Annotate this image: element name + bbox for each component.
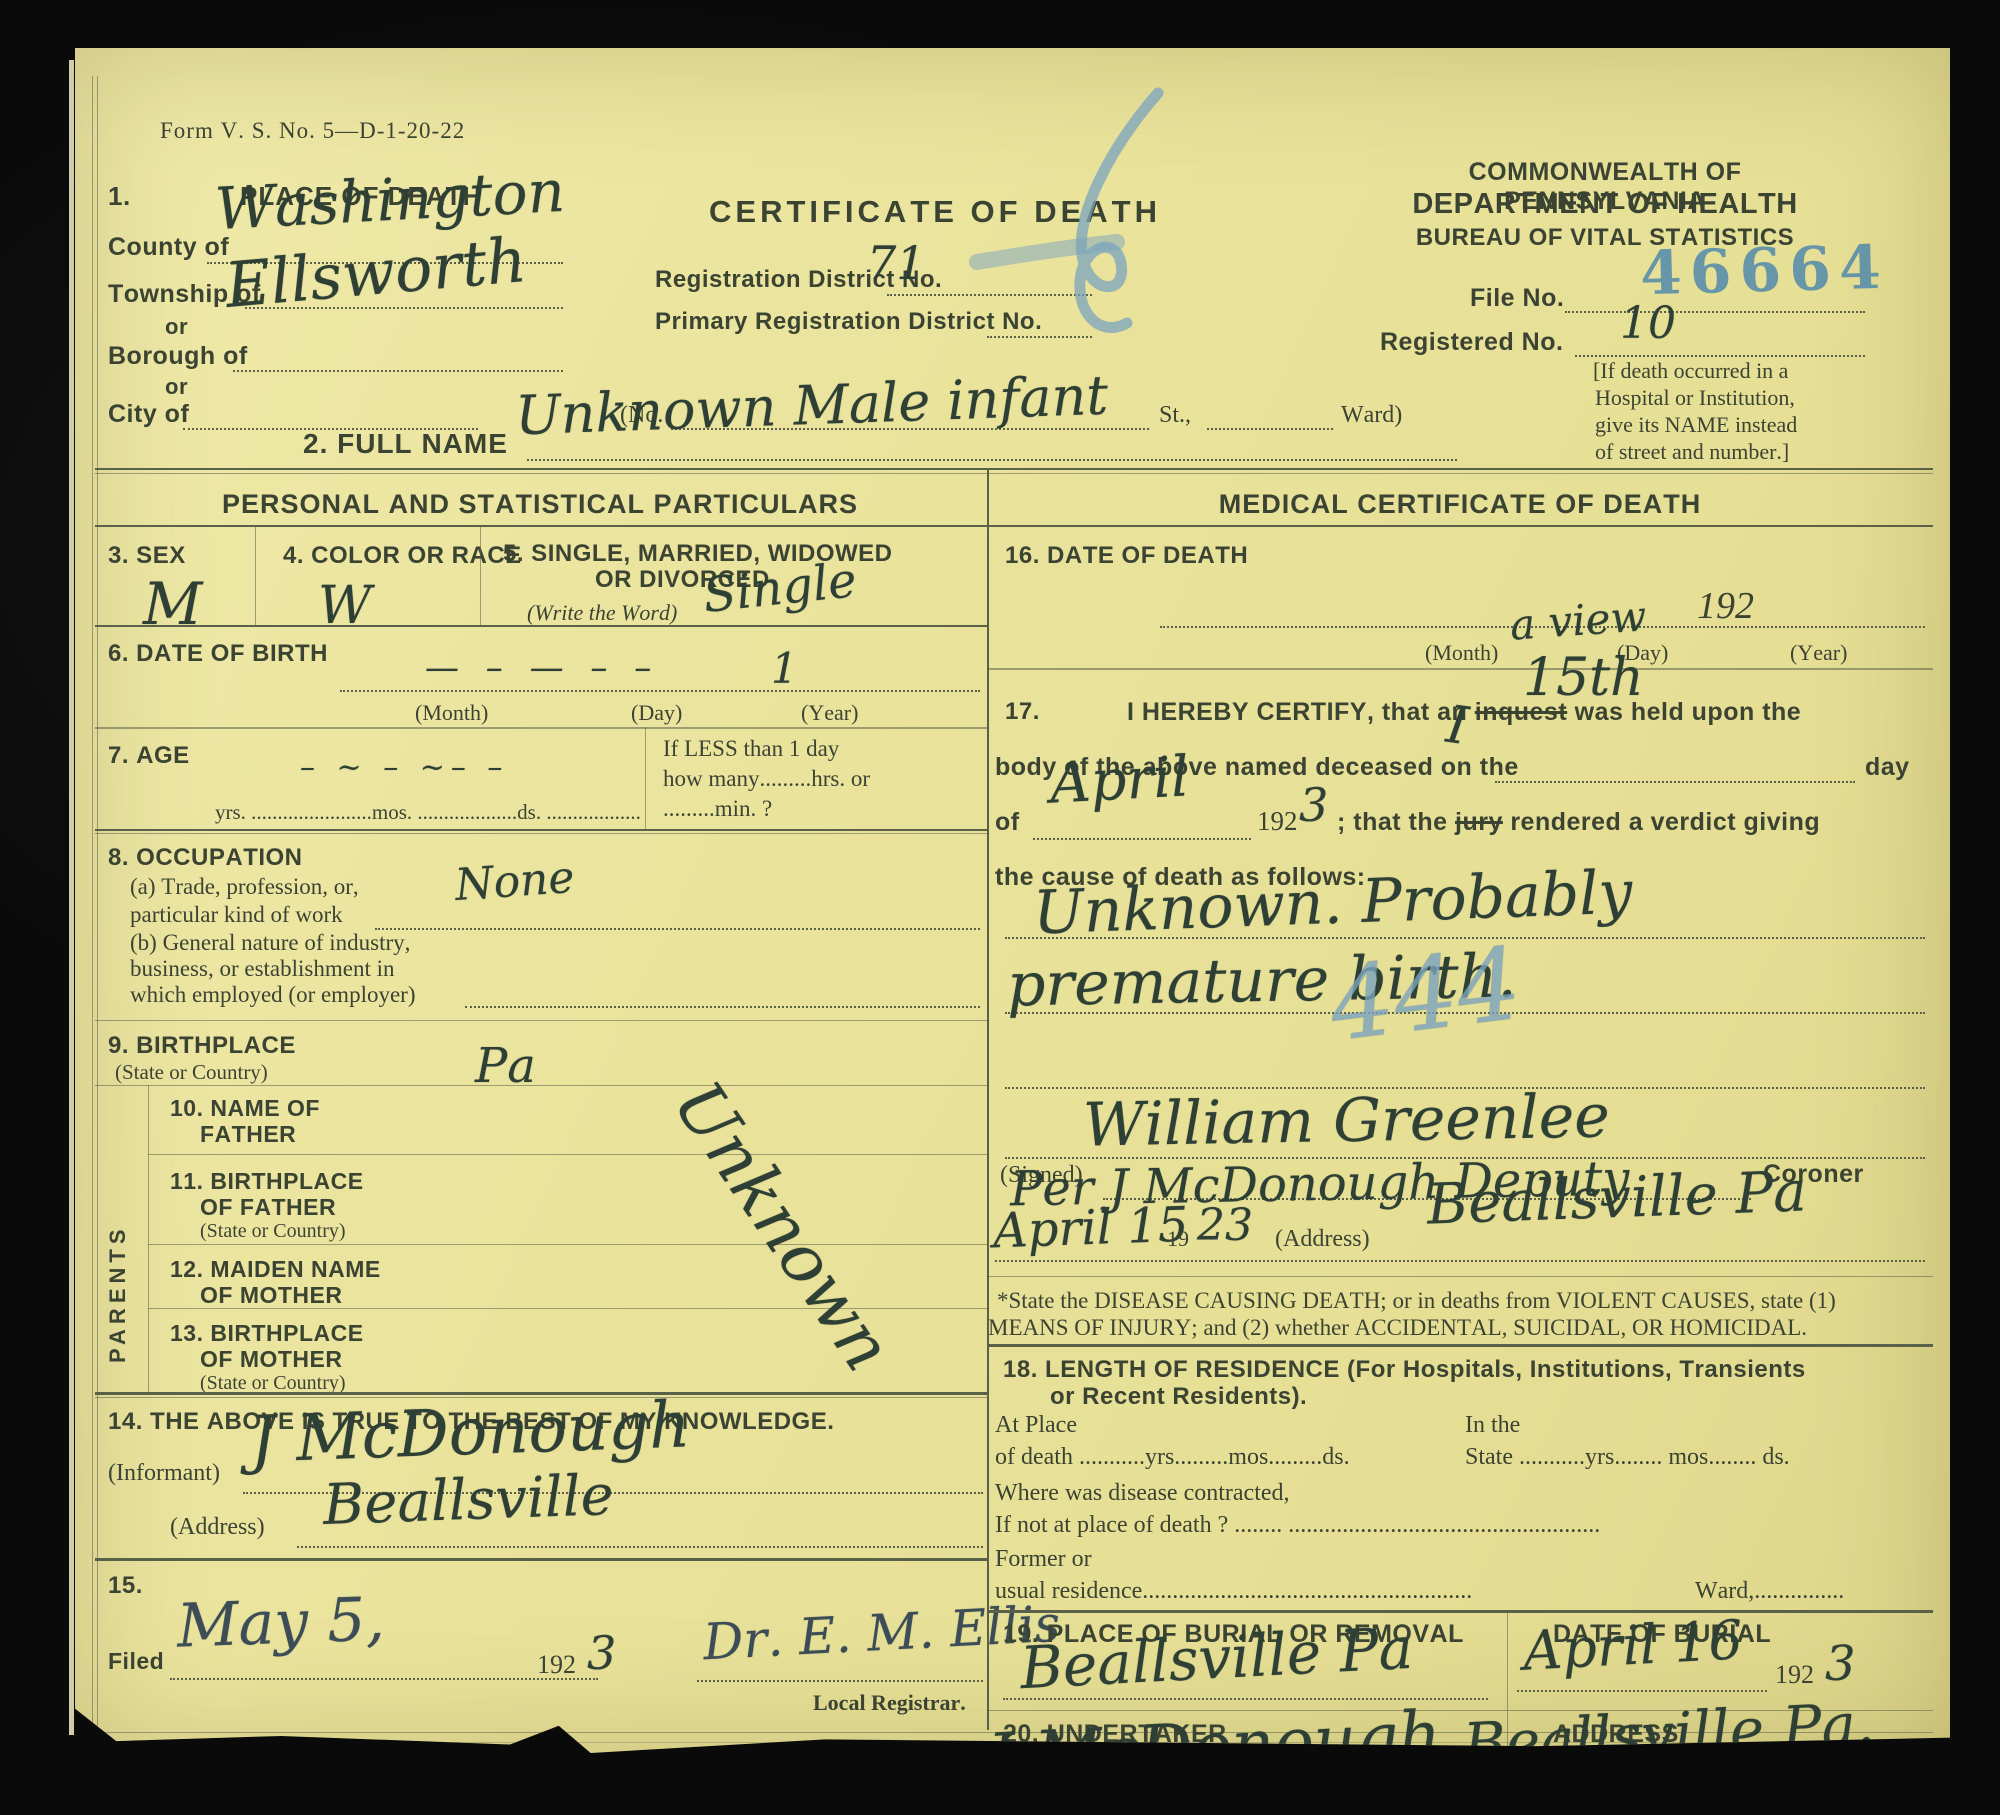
- dotted-line: [887, 294, 1092, 296]
- filed-year-preprint: 192: [537, 1650, 576, 1680]
- item17-number: 17.: [1005, 698, 1040, 726]
- dotted-line: [1517, 1690, 1767, 1692]
- certificate-title: CERTIFICATE OF DEATH: [705, 194, 1165, 230]
- dod-year-label: (Year): [1790, 640, 1847, 666]
- dotted-line: [465, 1006, 980, 1008]
- occupation-label: 8. OCCUPATION: [108, 844, 303, 872]
- birthplace-label: 9. BIRTHPLACE: [108, 1032, 296, 1060]
- certify-day-word: day: [1865, 753, 1910, 782]
- dod-year-preprint: 192: [1697, 584, 1754, 628]
- less-than-day-line3: .........min. ?: [663, 796, 772, 822]
- file-no-label: File No.: [1470, 284, 1564, 313]
- former-residence-line1: Former or: [995, 1546, 1092, 1573]
- dob-year-label: (Year): [801, 700, 858, 726]
- dob-dashes-handwriting: — – — – –: [425, 648, 659, 688]
- certify-text-f: rendered a verdict giving: [1510, 808, 1820, 836]
- certify-text-e: ; that the: [1337, 808, 1448, 836]
- at-place-label-line2: of death ...........yrs.........mos.....…: [995, 1444, 1350, 1471]
- mother-name-label-line2: OF MOTHER: [200, 1282, 343, 1309]
- age-units-line: yrs. .......................mos. .......…: [215, 800, 641, 825]
- form-rule: [95, 829, 987, 831]
- scanned-document-background: Form V. S. No. 5—D-1-20-22 1. PLACE OF D…: [0, 0, 2000, 1815]
- occupation-value-handwriting: None: [453, 852, 576, 911]
- father-birthplace-label-line2: OF FATHER: [200, 1194, 336, 1221]
- form-rule: [95, 525, 1933, 527]
- form-rule: [645, 727, 646, 829]
- informant-value-handwriting: J McDonough: [249, 1388, 692, 1477]
- parents-unknown-handwriting: Unknown: [658, 1068, 907, 1385]
- form-rule: [97, 76, 98, 1726]
- at-place-label-line1: At Place: [995, 1412, 1077, 1439]
- medical-section-title: MEDICAL CERTIFICATE OF DEATH: [990, 489, 1930, 520]
- local-registrar-label: Local Registrar.: [813, 1690, 966, 1716]
- item1-number: 1.: [108, 181, 131, 212]
- paper-left-edge: [69, 60, 74, 1735]
- father-birthplace-sub-label: (State or Country): [200, 1220, 346, 1243]
- undertaker-address-handwriting: Beallsville Pa.: [1462, 1689, 1877, 1778]
- dotted-line: [527, 459, 1457, 461]
- burial-year-preprint: 192: [1775, 1660, 1814, 1690]
- dotted-line: [987, 336, 1092, 338]
- or-label-b: or: [165, 374, 188, 400]
- informant-address-value-handwriting: Beallsville: [322, 1463, 615, 1538]
- residence-label-line2: or Recent Residents).: [1050, 1383, 1307, 1411]
- dotted-line: [1565, 311, 1865, 313]
- hospital-note-line4: of street and number.]: [1595, 439, 1789, 465]
- disease-contracted-line1: Where was disease contracted,: [995, 1480, 1290, 1507]
- dotted-line: [1207, 428, 1333, 430]
- dotted-line: [1033, 838, 1251, 840]
- city-label: City of: [108, 400, 189, 429]
- occupation-a-line1: (a) Trade, profession, or,: [130, 874, 359, 900]
- dotted-line: [1495, 781, 1855, 783]
- certify-inserted-handwriting: a view: [1508, 591, 1647, 649]
- mother-birthplace-label-line2: OF MOTHER: [200, 1346, 343, 1373]
- form-rule: [480, 525, 481, 625]
- residence-label-line1: 18. LENGTH OF RESIDENCE (For Hospitals, …: [1003, 1356, 1806, 1384]
- registration-district-value: 71: [867, 236, 926, 290]
- violent-causes-note-line2: MEANS OF INJURY; and (2) whether ACCIDEN…: [988, 1315, 1807, 1341]
- hospital-note-line2: Hospital or Institution,: [1595, 385, 1795, 411]
- ward-label: Ward): [1341, 402, 1402, 429]
- department-line: DEPARTMENT OF HEALTH: [1365, 188, 1845, 221]
- less-than-day-line2: how many.........hrs. or: [663, 766, 870, 792]
- certify-jury-struck: jury: [1455, 808, 1503, 836]
- item15-number: 15.: [108, 1572, 143, 1600]
- certify-month-handwriting: April: [1048, 744, 1190, 816]
- date-of-death-label: 16. DATE OF DEATH: [1005, 542, 1248, 570]
- form-rule: [148, 1154, 987, 1155]
- in-the-state-label-line1: In the: [1465, 1412, 1520, 1439]
- father-name-label-line1: 10. NAME OF: [170, 1095, 320, 1122]
- dotted-line: [233, 370, 563, 372]
- certify-year-handwriting: 3: [1299, 778, 1328, 832]
- form-rule: [95, 1020, 987, 1021]
- race-value-handwriting: W: [318, 576, 371, 636]
- write-the-word-label: (Write the Word): [527, 600, 677, 626]
- personal-section-title: PERSONAL AND STATISTICAL PARTICULARS: [95, 489, 985, 520]
- age-label: 7. AGE: [108, 742, 190, 770]
- form-rule: [95, 1558, 987, 1561]
- full-name-value: Unknown Male infant: [514, 364, 1109, 448]
- less-than-day-line1: If LESS than 1 day: [663, 736, 839, 762]
- column-divider-rule: [987, 468, 989, 1730]
- in-the-state-label-line2: State ...........yrs........ mos........…: [1465, 1444, 1790, 1471]
- form-rule: [95, 625, 987, 627]
- dod-month-label: (Month): [1425, 640, 1498, 666]
- dob-month-label: (Month): [415, 700, 488, 726]
- sex-label: 3. SEX: [108, 542, 186, 570]
- birthplace-sub-label: (State or Country): [115, 1060, 268, 1085]
- or-label-a: or: [165, 314, 188, 340]
- certify-line3: ; that the jury rendered a verdict givin…: [1337, 808, 1820, 837]
- coroner-signature-handwriting: William Greenlee: [1082, 1081, 1610, 1160]
- form-rule: [1507, 1610, 1508, 1710]
- dotted-line: [340, 690, 980, 692]
- form-rule: [95, 1085, 987, 1086]
- form-rule: [95, 727, 987, 729]
- dotted-line: [697, 1680, 983, 1682]
- form-rule: [255, 525, 256, 625]
- form-rule: [988, 668, 1933, 670]
- form-rule: [988, 1610, 1933, 1613]
- race-label: 4. COLOR OR RACE: [283, 542, 522, 570]
- father-name-label-line2: FATHER: [200, 1121, 296, 1148]
- informant-address-label: (Address): [170, 1514, 265, 1541]
- sex-value-handwriting: M: [143, 570, 202, 638]
- ward-field-label: Ward,...............: [1695, 1578, 1844, 1605]
- sign-address-label: (Address): [1275, 1226, 1370, 1253]
- sign-year-preprint: 19: [1167, 1226, 1189, 1252]
- form-rule: [95, 468, 1933, 470]
- form-number: Form V. S. No. 5—D-1-20-22: [160, 118, 465, 144]
- form-rule: [148, 1085, 149, 1392]
- primary-registration-label: Primary Registration District No.: [655, 308, 1042, 336]
- county-label: County of: [108, 233, 229, 262]
- sign-date-handwriting: April 15: [992, 1197, 1189, 1260]
- hospital-note-line1: [If death occurred in a: [1593, 358, 1788, 384]
- certify-day-value-handwriting: 15th: [1523, 648, 1644, 708]
- filed-year-handwriting: 3: [587, 1626, 616, 1680]
- registered-no-label: Registered No.: [1380, 328, 1563, 357]
- form-rule: [988, 1276, 1933, 1277]
- mother-birthplace-label-line1: 13. BIRTHPLACE: [170, 1320, 364, 1347]
- sign-address-value-handwriting: Beallsville Pa: [1426, 1159, 1808, 1237]
- borough-label: Borough of: [108, 342, 248, 371]
- filed-date-handwriting: May 5,: [176, 1584, 386, 1661]
- former-residence-line2: usual residence.........................…: [995, 1578, 1472, 1605]
- occupation-a-line2: particular kind of work: [130, 902, 343, 928]
- blue-pencil-number: 444: [1324, 925, 1528, 1064]
- dob-day-label: (Day): [631, 700, 682, 726]
- burial-year-handwriting: 3: [1825, 1636, 1856, 1692]
- occupation-b-line2: business, or establishment in: [130, 956, 394, 982]
- informant-label: (Informant): [108, 1460, 220, 1487]
- form-rule: [148, 1244, 987, 1245]
- occupation-b-line1: (b) General nature of industry,: [130, 930, 410, 956]
- registered-no-value: 10: [1620, 298, 1676, 349]
- father-birthplace-label-line1: 11. BIRTHPLACE: [170, 1168, 364, 1195]
- age-dashes-handwriting: – ~ – ~– –: [300, 750, 508, 785]
- occupation-b-line3: which employed (or employer): [130, 982, 416, 1008]
- disease-contracted-line2: If not at place of death ? ........ ....…: [995, 1512, 1600, 1539]
- dotted-line: [170, 1678, 598, 1680]
- parents-side-label: PARENTS: [105, 1123, 131, 1363]
- street-label: St.,: [1159, 402, 1191, 429]
- dotted-line: [375, 928, 980, 930]
- dob-value-handwriting: 1: [771, 644, 798, 693]
- mother-name-label-line1: 12. MAIDEN NAME: [170, 1256, 381, 1283]
- form-rule: [95, 473, 1933, 474]
- undertaker-signature-handwriting: J McDonough: [985, 1696, 1443, 1797]
- certify-year-preprint: 192: [1257, 806, 1298, 837]
- dotted-line: [995, 1260, 1925, 1262]
- certify-text-a: I HEREBY CERTIFY, that an: [1127, 698, 1467, 726]
- certify-of-word: of: [995, 808, 1020, 837]
- full-name-label: 2. FULL NAME: [303, 428, 508, 460]
- dotted-line: [297, 1546, 983, 1548]
- form-rule: [988, 1344, 1933, 1347]
- form-rule: [92, 76, 93, 1726]
- dob-label: 6. DATE OF BIRTH: [108, 640, 328, 668]
- death-certificate-paper: Form V. S. No. 5—D-1-20-22 1. PLACE OF D…: [75, 48, 1950, 1753]
- file-no-stamp: 46664: [1639, 233, 1889, 309]
- sign-year-handwriting: 23: [1197, 1200, 1253, 1251]
- dotted-line: [1575, 355, 1865, 357]
- form-rule: [95, 833, 987, 834]
- filed-label: Filed: [108, 1648, 164, 1675]
- violent-causes-note-line1: *State the DISEASE CAUSING DEATH; or in …: [997, 1288, 1836, 1314]
- hospital-note-line3: give its NAME instead: [1595, 412, 1797, 438]
- burial-date-handwriting: April 16: [1522, 1608, 1745, 1682]
